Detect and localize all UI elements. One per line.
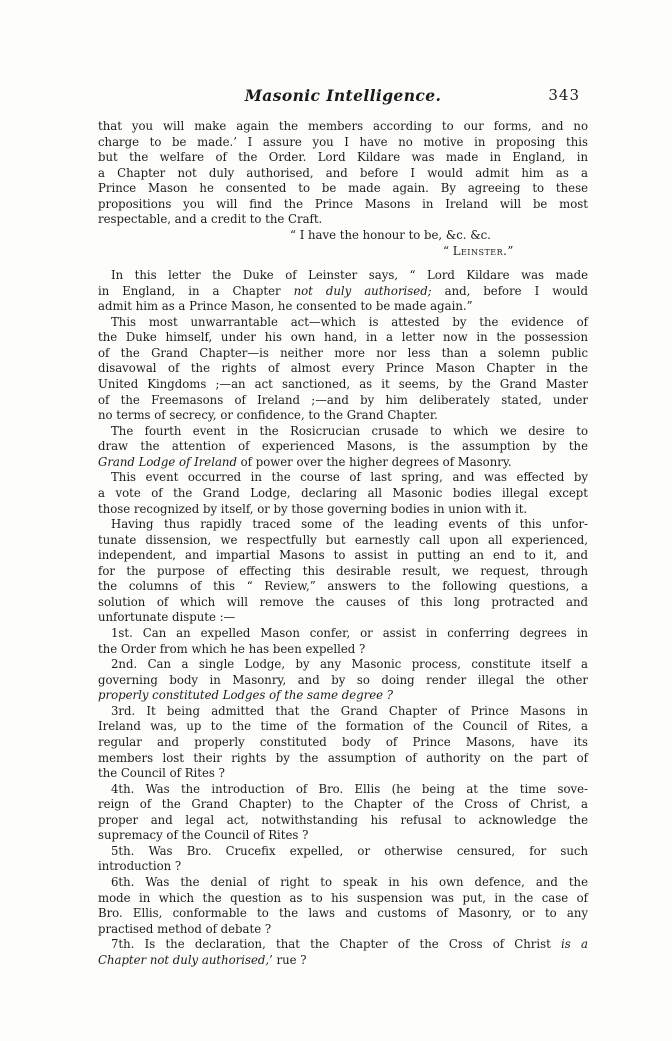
text-line: respectable, and a credit to the Craft.	[98, 212, 588, 228]
text-line: 1st. Can an expelled Mason confer, or as…	[98, 626, 588, 642]
text-segment: Ireland was, up to the time of the forma…	[98, 719, 588, 733]
text-line: Chapter not duly authorised,’ rue ?	[98, 953, 588, 969]
text-line: disavowal of the rights of almost every …	[98, 361, 588, 377]
text-segment: in England, in a Chapter	[98, 284, 294, 298]
text-line: but the welfare of the Order. Lord Kilda…	[98, 150, 588, 166]
page-number: 343	[548, 86, 580, 104]
text-segment: practised method of debate ?	[98, 922, 271, 936]
text-segment: independent, and impartial Masons to ass…	[98, 548, 588, 562]
text-segment: members lost their rights by the assumpt…	[98, 751, 588, 765]
text-segment: and, before I would	[432, 284, 588, 298]
text-line: United Kingdoms ;—an act sanctioned, as …	[98, 377, 588, 393]
text-segment: The fourth event in the Rosicrucian crus…	[111, 424, 588, 438]
text-line: those recognized by itself, or by those …	[98, 502, 588, 518]
text-segment: but the welfare of the Order. Lord Kilda…	[98, 150, 588, 164]
text-segment: no terms of secrecy, or confidence, to t…	[98, 408, 438, 422]
text-line: 2nd. Can a single Lodge, by any Masonic …	[98, 657, 588, 673]
running-head: Masonic Intelligence. 343	[98, 86, 588, 106]
text-line: proper and legal act, notwithstanding hi…	[98, 813, 588, 829]
text-line: the Order from which he has been expelle…	[98, 642, 588, 658]
italic-text-segment: is a	[561, 937, 588, 951]
text-line: reign of the Grand Chapter) to the Chapt…	[98, 797, 588, 813]
text-line: 7th. Is the declaration, that the Chapte…	[98, 937, 588, 953]
text-segment: In this letter the Duke of Leinster says…	[111, 268, 588, 282]
text-segment: 2nd. Can a single Lodge, by any Masonic …	[111, 657, 588, 671]
italic-text-segment: not duly authorised;	[294, 284, 432, 298]
text-line: independent, and impartial Masons to ass…	[98, 548, 588, 564]
text-line: 6th. Was the denial of right to speak in…	[98, 875, 588, 891]
text-segment: a Chapter not duly authorised, and befor…	[98, 166, 588, 180]
text-segment: unfortunate dispute :—	[98, 610, 235, 624]
text-line: tunate dissension, we respectfully but e…	[98, 533, 588, 549]
text-segment: of power over the higher degrees of Maso…	[237, 455, 512, 469]
text-segment: charge to be made.’ I assure you I have …	[98, 135, 588, 149]
paragraph-fourth-event: The fourth event in the Rosicrucian crus…	[98, 424, 588, 471]
text-line: Prince Mason he consented to be made aga…	[98, 181, 588, 197]
text-segment: 4th. Was the introduction of Bro. Ellis …	[111, 782, 588, 796]
text-segment: tunate dissension, we respectfully but e…	[98, 533, 588, 547]
text-line: a vote of the Grand Lodge, declaring all…	[98, 486, 588, 502]
page-title: Masonic Intelligence.	[98, 86, 588, 105]
text-line: 5th. Was Bro. Crucefix expelled, or othe…	[98, 844, 588, 860]
paragraph-letter-continuation: that you will make again the members acc…	[98, 119, 588, 228]
text-line: regular and properly constituted body of…	[98, 735, 588, 751]
text-segment: Having thus rapidly traced some of the l…	[111, 517, 588, 531]
text-segment: 6th. Was the denial of right to speak in…	[111, 875, 588, 889]
text-line: 4th. Was the introduction of Bro. Ellis …	[98, 782, 588, 798]
text-segment: 7th. Is the declaration, that the Chapte…	[111, 937, 561, 951]
text-line: the columns of this “ Review,” answers t…	[98, 579, 588, 595]
text-segment: a vote of the Grand Lodge, declaring all…	[98, 486, 588, 500]
text-segment: respectable, and a credit to the Craft.	[98, 212, 322, 226]
paragraph-commentary-2: This most unwarrantable act—which is att…	[98, 315, 588, 424]
text-segment: This event occurred in the course of las…	[111, 470, 588, 484]
text-line: charge to be made.’ I assure you I have …	[98, 135, 588, 151]
text-line: solution of which will remove the causes…	[98, 595, 588, 611]
scanned-book-page: Masonic Intelligence. 343 that you will …	[0, 0, 672, 1041]
text-line: governing body in Masonry, and by so doi…	[98, 673, 588, 689]
text-segment: Bro. Ellis, conformable to the laws and …	[98, 906, 588, 920]
text-line: admit him as a Prince Mason, he consente…	[98, 299, 588, 315]
paragraph-spring-event: This event occurred in the course of las…	[98, 470, 588, 517]
letter-signature: “ Leinster.”	[98, 244, 588, 260]
italic-text-segment: Chapter not duly authorised,	[98, 953, 269, 967]
text-segment: the Duke himself, under his own hand, in…	[98, 330, 588, 344]
text-segment: “	[443, 244, 453, 258]
text-segment: introduction ?	[98, 859, 181, 873]
text-line: “ I have the honour to be, &c. &c.	[290, 228, 588, 244]
text-line: Ireland was, up to the time of the forma…	[98, 719, 588, 735]
text-line: of the Grand Chapter—is neither more nor…	[98, 346, 588, 362]
text-line: In this letter the Duke of Leinster says…	[98, 268, 588, 284]
text-line: 3rd. It being admitted that the Grand Ch…	[98, 704, 588, 720]
paragraph-appeal: Having thus rapidly traced some of the l…	[98, 517, 588, 626]
text-line: properly constituted Lodges of the same …	[98, 688, 588, 704]
question-1: 1st. Can an expelled Mason confer, or as…	[98, 626, 588, 657]
text-line: practised method of debate ?	[98, 922, 588, 938]
text-line: that you will make again the members acc…	[98, 119, 588, 135]
text-segment: 3rd. It being admitted that the Grand Ch…	[111, 704, 588, 718]
text-segment: admit him as a Prince Mason, he consente…	[98, 299, 473, 313]
text-segment: regular and properly constituted body of…	[98, 735, 588, 749]
text-segment: propositions you will find the Prince Ma…	[98, 197, 588, 211]
text-segment: United Kingdoms ;—an act sanctioned, as …	[98, 377, 588, 391]
text-line: the Council of Rites ?	[98, 766, 588, 782]
text-line: Grand Lodge of Ireland of power over the…	[98, 455, 588, 471]
text-line: introduction ?	[98, 859, 588, 875]
text-segment: that you will make again the members acc…	[98, 119, 588, 133]
text-segment: “ I have the honour to be, &c. &c.	[290, 228, 491, 242]
text-line: Bro. Ellis, conformable to the laws and …	[98, 906, 588, 922]
text-segment: ’ rue ?	[269, 953, 306, 967]
text-line: draw the attention of experienced Masons…	[98, 439, 588, 455]
text-line: mode in which the question as to his sus…	[98, 891, 588, 907]
question-2: 2nd. Can a single Lodge, by any Masonic …	[98, 657, 588, 704]
question-3: 3rd. It being admitted that the Grand Ch…	[98, 704, 588, 782]
text-segment: mode in which the question as to his sus…	[98, 891, 588, 905]
question-4: 4th. Was the introduction of Bro. Ellis …	[98, 782, 588, 844]
text-segment: governing body in Masonry, and by so doi…	[98, 673, 588, 687]
text-segment: reign of the Grand Chapter) to the Chapt…	[98, 797, 588, 811]
text-segment: supremacy of the Council of Rites ?	[98, 828, 308, 842]
paragraph-commentary-1: In this letter the Duke of Leinster says…	[98, 268, 588, 315]
text-segment: proper and legal act, notwithstanding hi…	[98, 813, 588, 827]
text-segment: disavowal of the rights of almost every …	[98, 361, 588, 375]
text-line: the Duke himself, under his own hand, in…	[98, 330, 588, 346]
text-segment: Prince Mason he consented to be made aga…	[98, 181, 588, 195]
text-line: The fourth event in the Rosicrucian crus…	[98, 424, 588, 440]
text-line: “ Leinster.”	[443, 244, 588, 260]
text-line: unfortunate dispute :—	[98, 610, 588, 626]
text-segment: of the Grand Chapter—is neither more nor…	[98, 346, 588, 360]
question-5: 5th. Was Bro. Crucefix expelled, or othe…	[98, 844, 588, 875]
text-segment: This most unwarrantable act—which is att…	[111, 315, 588, 329]
italic-text-segment: properly constituted Lodges of the same …	[98, 688, 393, 702]
text-line: a Chapter not duly authorised, and befor…	[98, 166, 588, 182]
text-line: This event occurred in the course of las…	[98, 470, 588, 486]
text-segment: solution of which will remove the causes…	[98, 595, 588, 609]
italic-text-segment: Grand Lodge of Ireland	[98, 455, 237, 469]
text-segment: the Council of Rites ?	[98, 766, 225, 780]
text-segment: 5th. Was Bro. Crucefix expelled, or othe…	[111, 844, 588, 858]
text-line: propositions you will find the Prince Ma…	[98, 197, 588, 213]
text-line: members lost their rights by the assumpt…	[98, 751, 588, 767]
text-line: of the Freemasons of Ireland ;—and by hi…	[98, 393, 588, 409]
text-segment: 1st. Can an expelled Mason confer, or as…	[111, 626, 588, 640]
text-line: Having thus rapidly traced some of the l…	[98, 517, 588, 533]
text-segment: for the purpose of effecting this desira…	[98, 564, 588, 578]
letter-valediction: “ I have the honour to be, &c. &c.	[98, 228, 588, 244]
smallcaps-text-segment: Leinster.”	[453, 244, 514, 258]
text-block: that you will make again the members acc…	[98, 119, 588, 968]
text-segment: those recognized by itself, or by those …	[98, 502, 527, 516]
text-line: no terms of secrecy, or confidence, to t…	[98, 408, 588, 424]
text-segment: of the Freemasons of Ireland ;—and by hi…	[98, 393, 588, 407]
text-line: This most unwarrantable act—which is att…	[98, 315, 588, 331]
text-line: supremacy of the Council of Rites ?	[98, 828, 588, 844]
text-line: in England, in a Chapter not duly author…	[98, 284, 588, 300]
text-segment: draw the attention of experienced Masons…	[98, 439, 588, 453]
text-line: for the purpose of effecting this desira…	[98, 564, 588, 580]
question-6: 6th. Was the denial of right to speak in…	[98, 875, 588, 937]
question-7: 7th. Is the declaration, that the Chapte…	[98, 937, 588, 968]
text-segment: the columns of this “ Review,” answers t…	[98, 579, 588, 593]
text-segment: the Order from which he has been expelle…	[98, 642, 365, 656]
